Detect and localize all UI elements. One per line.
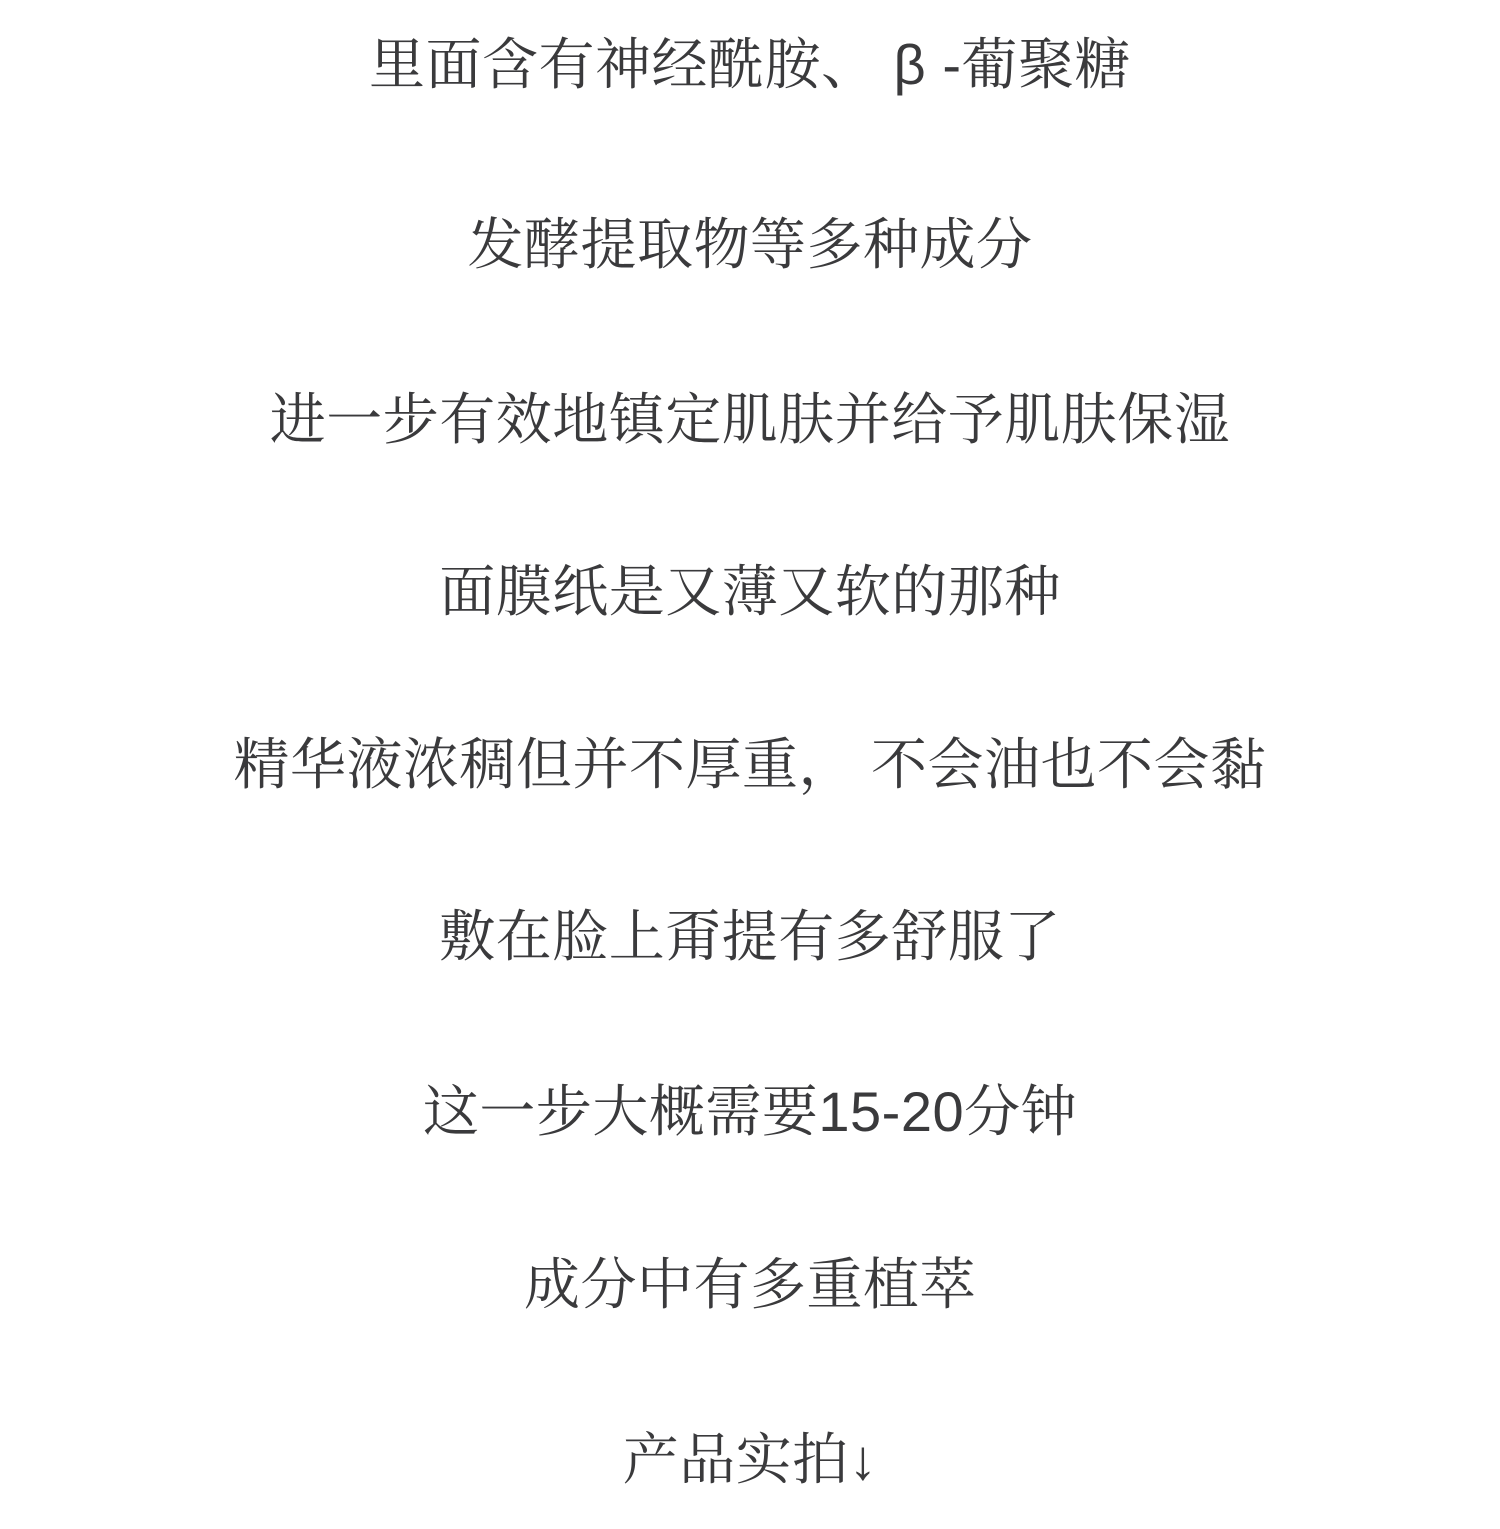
text-line-soothe-moisturize: 进一步有效地镇定肌肤并给予肌肤保湿 <box>0 387 1500 453</box>
text-line-plant-extracts: 成分中有多重植萃 <box>0 1252 1500 1318</box>
text-line-ferment-extract: 发酵提取物等多种成分 <box>0 212 1500 278</box>
text-line-essence-texture: 精华液浓稠但并不厚重， 不会油也不会黏 <box>0 732 1500 798</box>
text-line-comfort: 敷在脸上甭提有多舒服了 <box>0 904 1500 970</box>
text-line-mask-sheet: 面膜纸是又薄又软的那种 <box>0 559 1500 625</box>
text-line-duration: 这一步大概需要15-20分钟 <box>0 1079 1500 1145</box>
text-line-product-photos-heading: 产品实拍↓ <box>0 1427 1500 1493</box>
article-text-page: 里面含有神经酰胺、 β -葡聚糖 发酵提取物等多种成分 进一步有效地镇定肌肤并给… <box>0 0 1500 1529</box>
text-line-ingredients-ceramide: 里面含有神经酰胺、 β -葡聚糖 <box>0 32 1500 98</box>
